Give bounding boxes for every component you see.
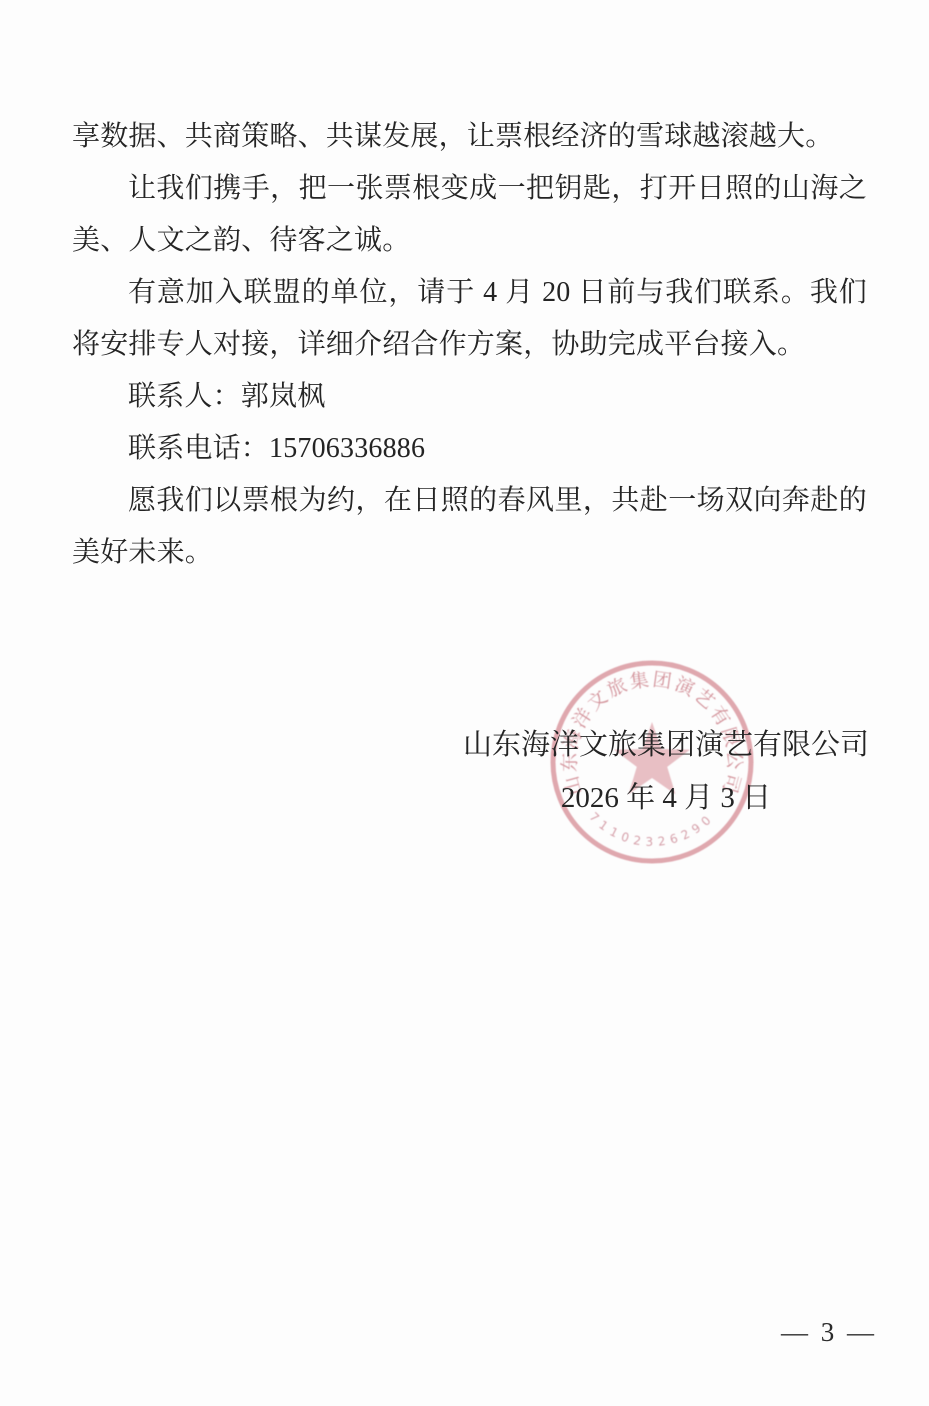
signature-block: 山东海洋文旅集团演艺有限公司 2026 年 4 月 3 日	[440, 724, 892, 819]
page-number: — 3 —	[781, 1312, 877, 1352]
document-page: 享数据、共商策略、共谋发展，让票根经济的雪球越滚越大。 让我们携手，把一张票根变…	[0, 0, 929, 1406]
paragraph: 享数据、共商策略、共谋发展，让票根经济的雪球越滚越大。	[72, 111, 867, 163]
contact-person-line: 联系人：郭岚枫	[72, 371, 867, 423]
company-name: 山东海洋文旅集团演艺有限公司	[440, 724, 892, 766]
document-body: 享数据、共商策略、共谋发展，让票根经济的雪球越滚越大。 让我们携手，把一张票根变…	[72, 111, 867, 579]
contact-phone-line: 联系电话：15706336886	[72, 423, 867, 475]
paragraph: 让我们携手，把一张票根变成一把钥匙，打开日照的山海之美、人文之韵、待客之诚。	[72, 163, 867, 267]
paragraph: 有意加入联盟的单位，请于 4 月 20 日前与我们联系。我们将安排专人对接，详细…	[72, 267, 867, 371]
paragraph: 愿我们以票根为约，在日照的春风里，共赴一场双向奔赴的美好未来。	[72, 475, 867, 579]
signature-date: 2026 年 4 月 3 日	[440, 777, 892, 819]
